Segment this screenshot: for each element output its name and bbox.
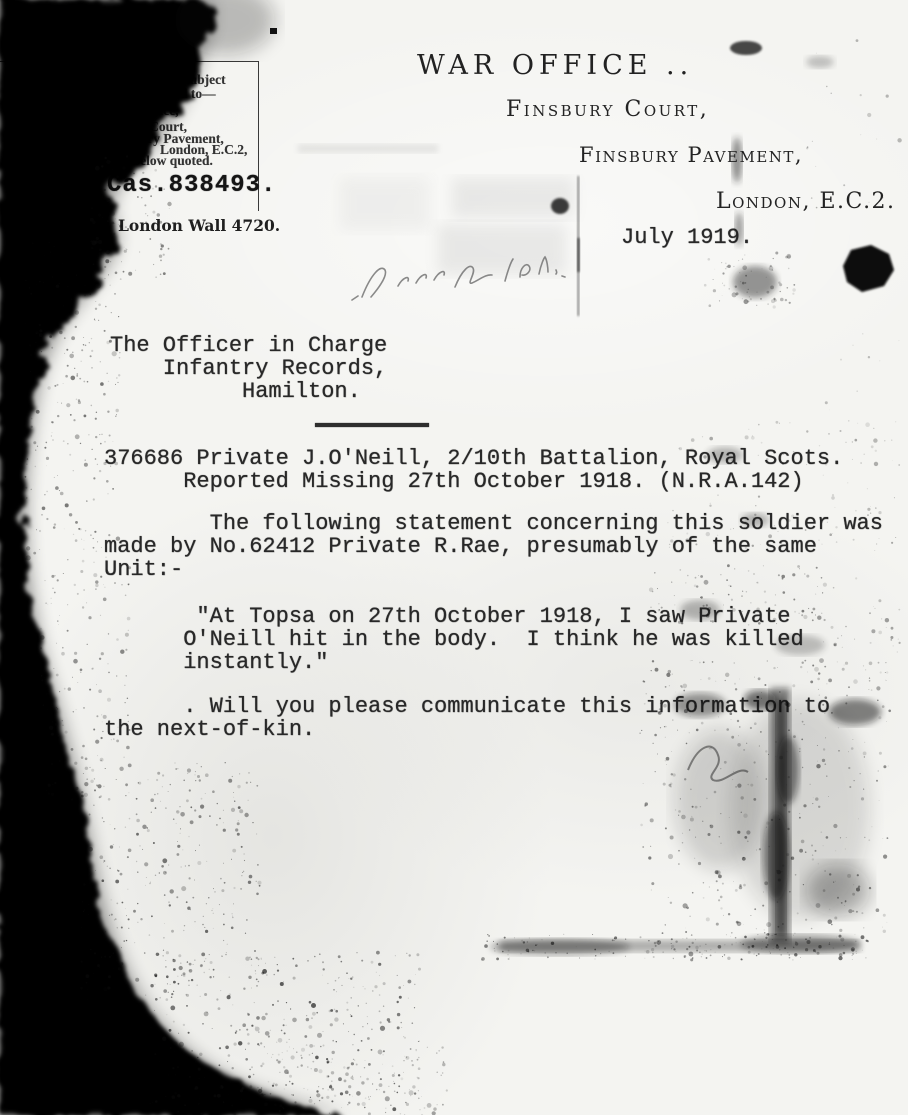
witness-statement-quote: "At Topsa on 27th October 1918, I saw Pr…	[104, 605, 804, 674]
fold-crease-line	[577, 176, 580, 316]
letterhead-address-line-2: Finsbury Pavement,	[579, 143, 803, 167]
case-reference-number: Cas.838493.	[107, 172, 276, 199]
stamp-box-line: Office,	[140, 103, 179, 119]
stamp-box-line: ber below quoted.	[110, 153, 213, 169]
body-paragraph-2: . Will you please communicate this infor…	[104, 695, 830, 741]
addressee-underline	[315, 423, 429, 427]
subject-block: 376686 Private J.O'Neill, 2/10th Battali…	[104, 447, 843, 493]
ink-blob-top-right	[843, 245, 894, 292]
war-office-title: WAR OFFICE ..	[417, 50, 693, 81]
telephone-number: London Wall 4720.	[118, 216, 280, 235]
scanned-letter-page: this subject d to— Office, ry Court, sbu…	[0, 0, 908, 1115]
ink-speck-top	[270, 28, 277, 34]
stamp-box-line: d to—	[180, 86, 216, 102]
addressee-block: The Officer in Charge Infantry Records, …	[110, 334, 387, 403]
body-paragraph-1: The following statement concerning this …	[104, 512, 883, 581]
letterhead-address-line-3: London, E.C.2.	[716, 189, 896, 214]
letterhead-address-line-1: Finsbury Court,	[506, 97, 709, 122]
handwritten-annotation	[352, 257, 565, 300]
letter-date: July 1919.	[621, 226, 753, 249]
